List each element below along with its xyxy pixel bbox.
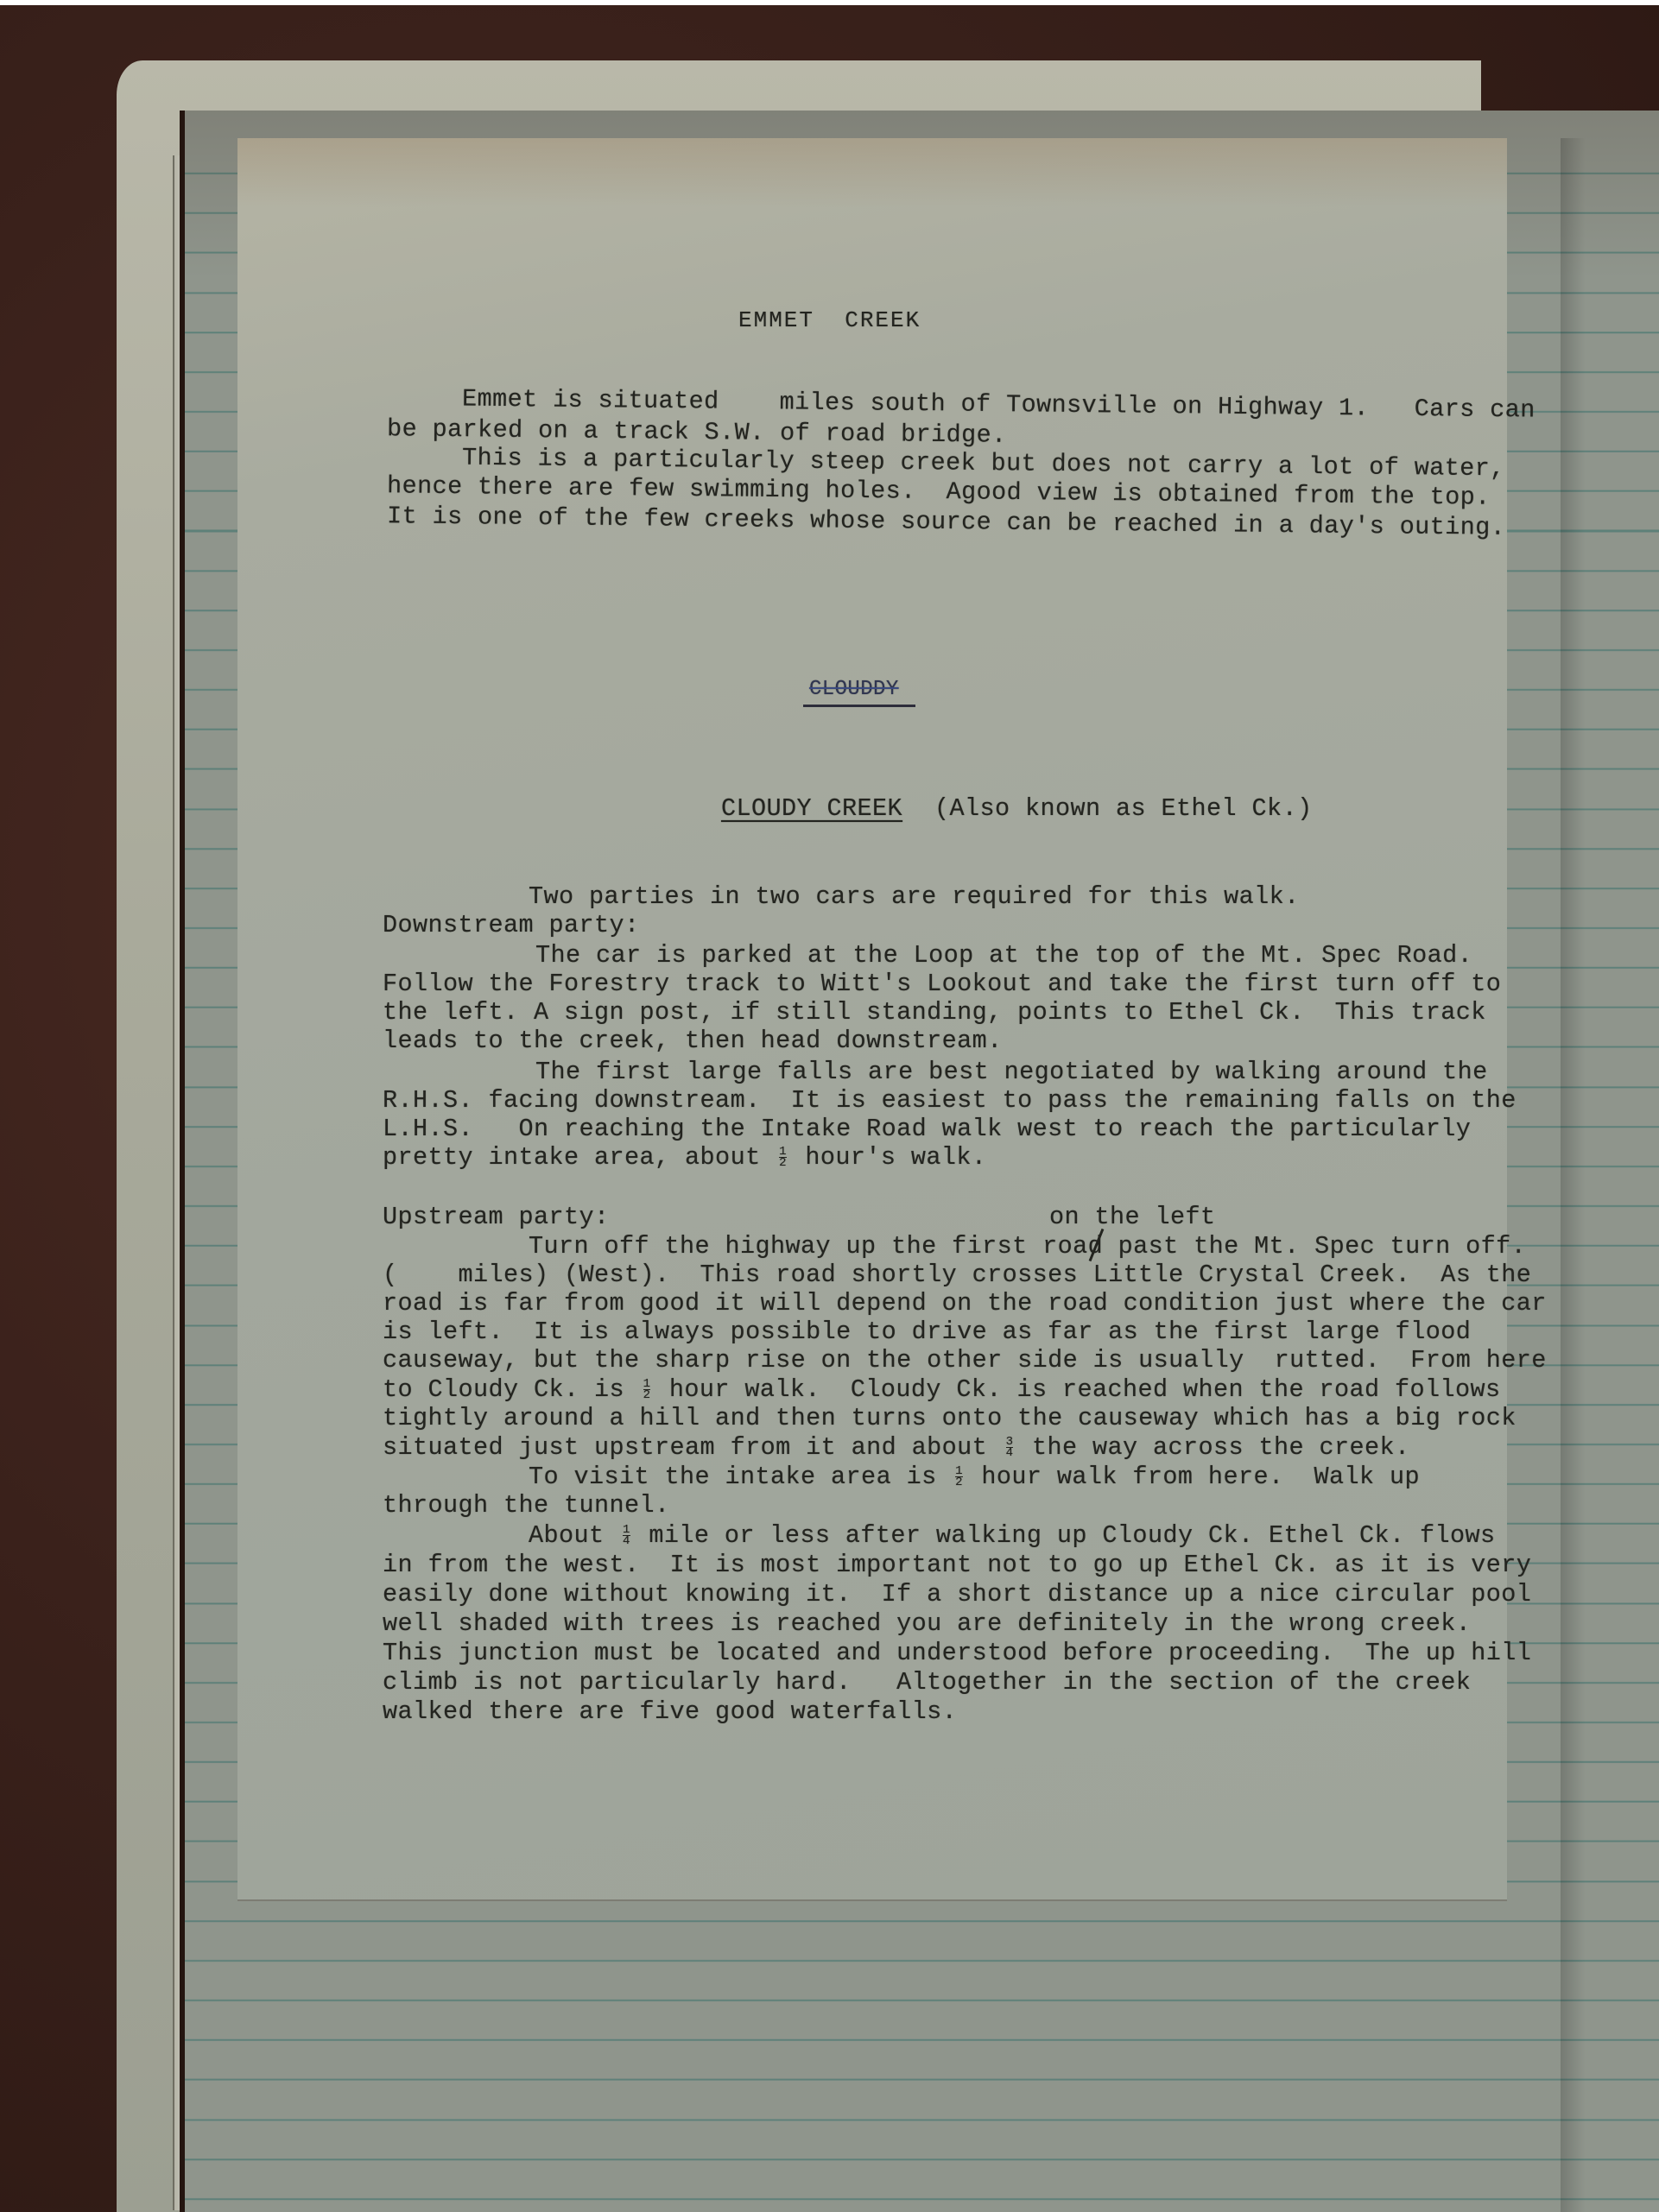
fraction-quarter: 14 (623, 1525, 630, 1546)
upstream-line: easily done without knowing it. If a sho… (383, 1580, 1531, 1608)
upstream-line: well shaded with trees is reached you ar… (383, 1609, 1471, 1638)
upstream-line: About 14 mile or less after walking up C… (529, 1521, 1496, 1550)
upstream-label: Upstream party: (383, 1203, 610, 1231)
downstream-line: R.H.S. facing downstream. It is easiest … (383, 1086, 1517, 1115)
heading-aka: (Also known as Ethel Ck.) (934, 794, 1313, 823)
upstream-line: in from the west. It is most important n… (383, 1551, 1531, 1579)
fraction-half: 12 (955, 1466, 963, 1488)
fraction-three-quarters: 34 (1006, 1437, 1014, 1458)
downstream-line: The car is parked at the Loop at the top… (535, 941, 1472, 970)
upstream-line: This junction must be located and unders… (383, 1639, 1531, 1667)
downstream-line: the left. A sign post, if still standing… (383, 998, 1486, 1027)
downstream-label: Downstream party: (383, 911, 640, 939)
upstream-line: causeway, but the sharp rise on the othe… (383, 1346, 1547, 1375)
upstream-line: to Cloudy Ck. is 12 hour walk. Cloudy Ck… (383, 1375, 1501, 1404)
upstream-line: ( miles) (West). This road shortly cross… (383, 1261, 1531, 1289)
upstream-line: situated just upstream from it and about… (383, 1433, 1410, 1462)
upstream-line: road is far from good it will depend on … (383, 1289, 1547, 1318)
upstream-line: is left. It is always possible to drive … (383, 1318, 1471, 1346)
upstream-line: tightly around a hill and then turns ont… (383, 1404, 1517, 1432)
handwritten-insert: on the left (1049, 1203, 1216, 1231)
intro-line: Two parties in two cars are required for… (529, 882, 1300, 911)
typed-text: EMMET CREEK Emmet is situated miles sout… (0, 0, 1659, 2212)
downstream-line: Follow the Forestry track to Witt's Look… (383, 970, 1501, 998)
upstream-line: Turn off the highway up the first road p… (529, 1232, 1526, 1261)
fraction-half: 12 (643, 1379, 651, 1400)
struck-heading-underline (803, 705, 915, 707)
downstream-line: pretty intake area, about 12 hour's walk… (383, 1143, 986, 1172)
downstream-line: L.H.S. On reaching the Intake Road walk … (383, 1115, 1471, 1143)
upstream-line: climb is not particularly hard. Altogeth… (383, 1668, 1471, 1697)
fraction-half: 12 (779, 1147, 787, 1168)
downstream-line: leads to the creek, then head downstream… (383, 1027, 1003, 1055)
upstream-line: To visit the intake area is 12 hour walk… (529, 1463, 1420, 1491)
upstream-line: through the tunnel. (383, 1491, 670, 1520)
struck-heading: CLOUDDY (809, 678, 899, 701)
upstream-line: walked there are five good waterfalls. (383, 1697, 957, 1726)
downstream-line: The first large falls are best negotiate… (535, 1058, 1488, 1086)
heading-emmet-creek: EMMET CREEK (738, 307, 921, 333)
heading-cloudy-creek: CLOUDY CREEK (721, 794, 902, 823)
